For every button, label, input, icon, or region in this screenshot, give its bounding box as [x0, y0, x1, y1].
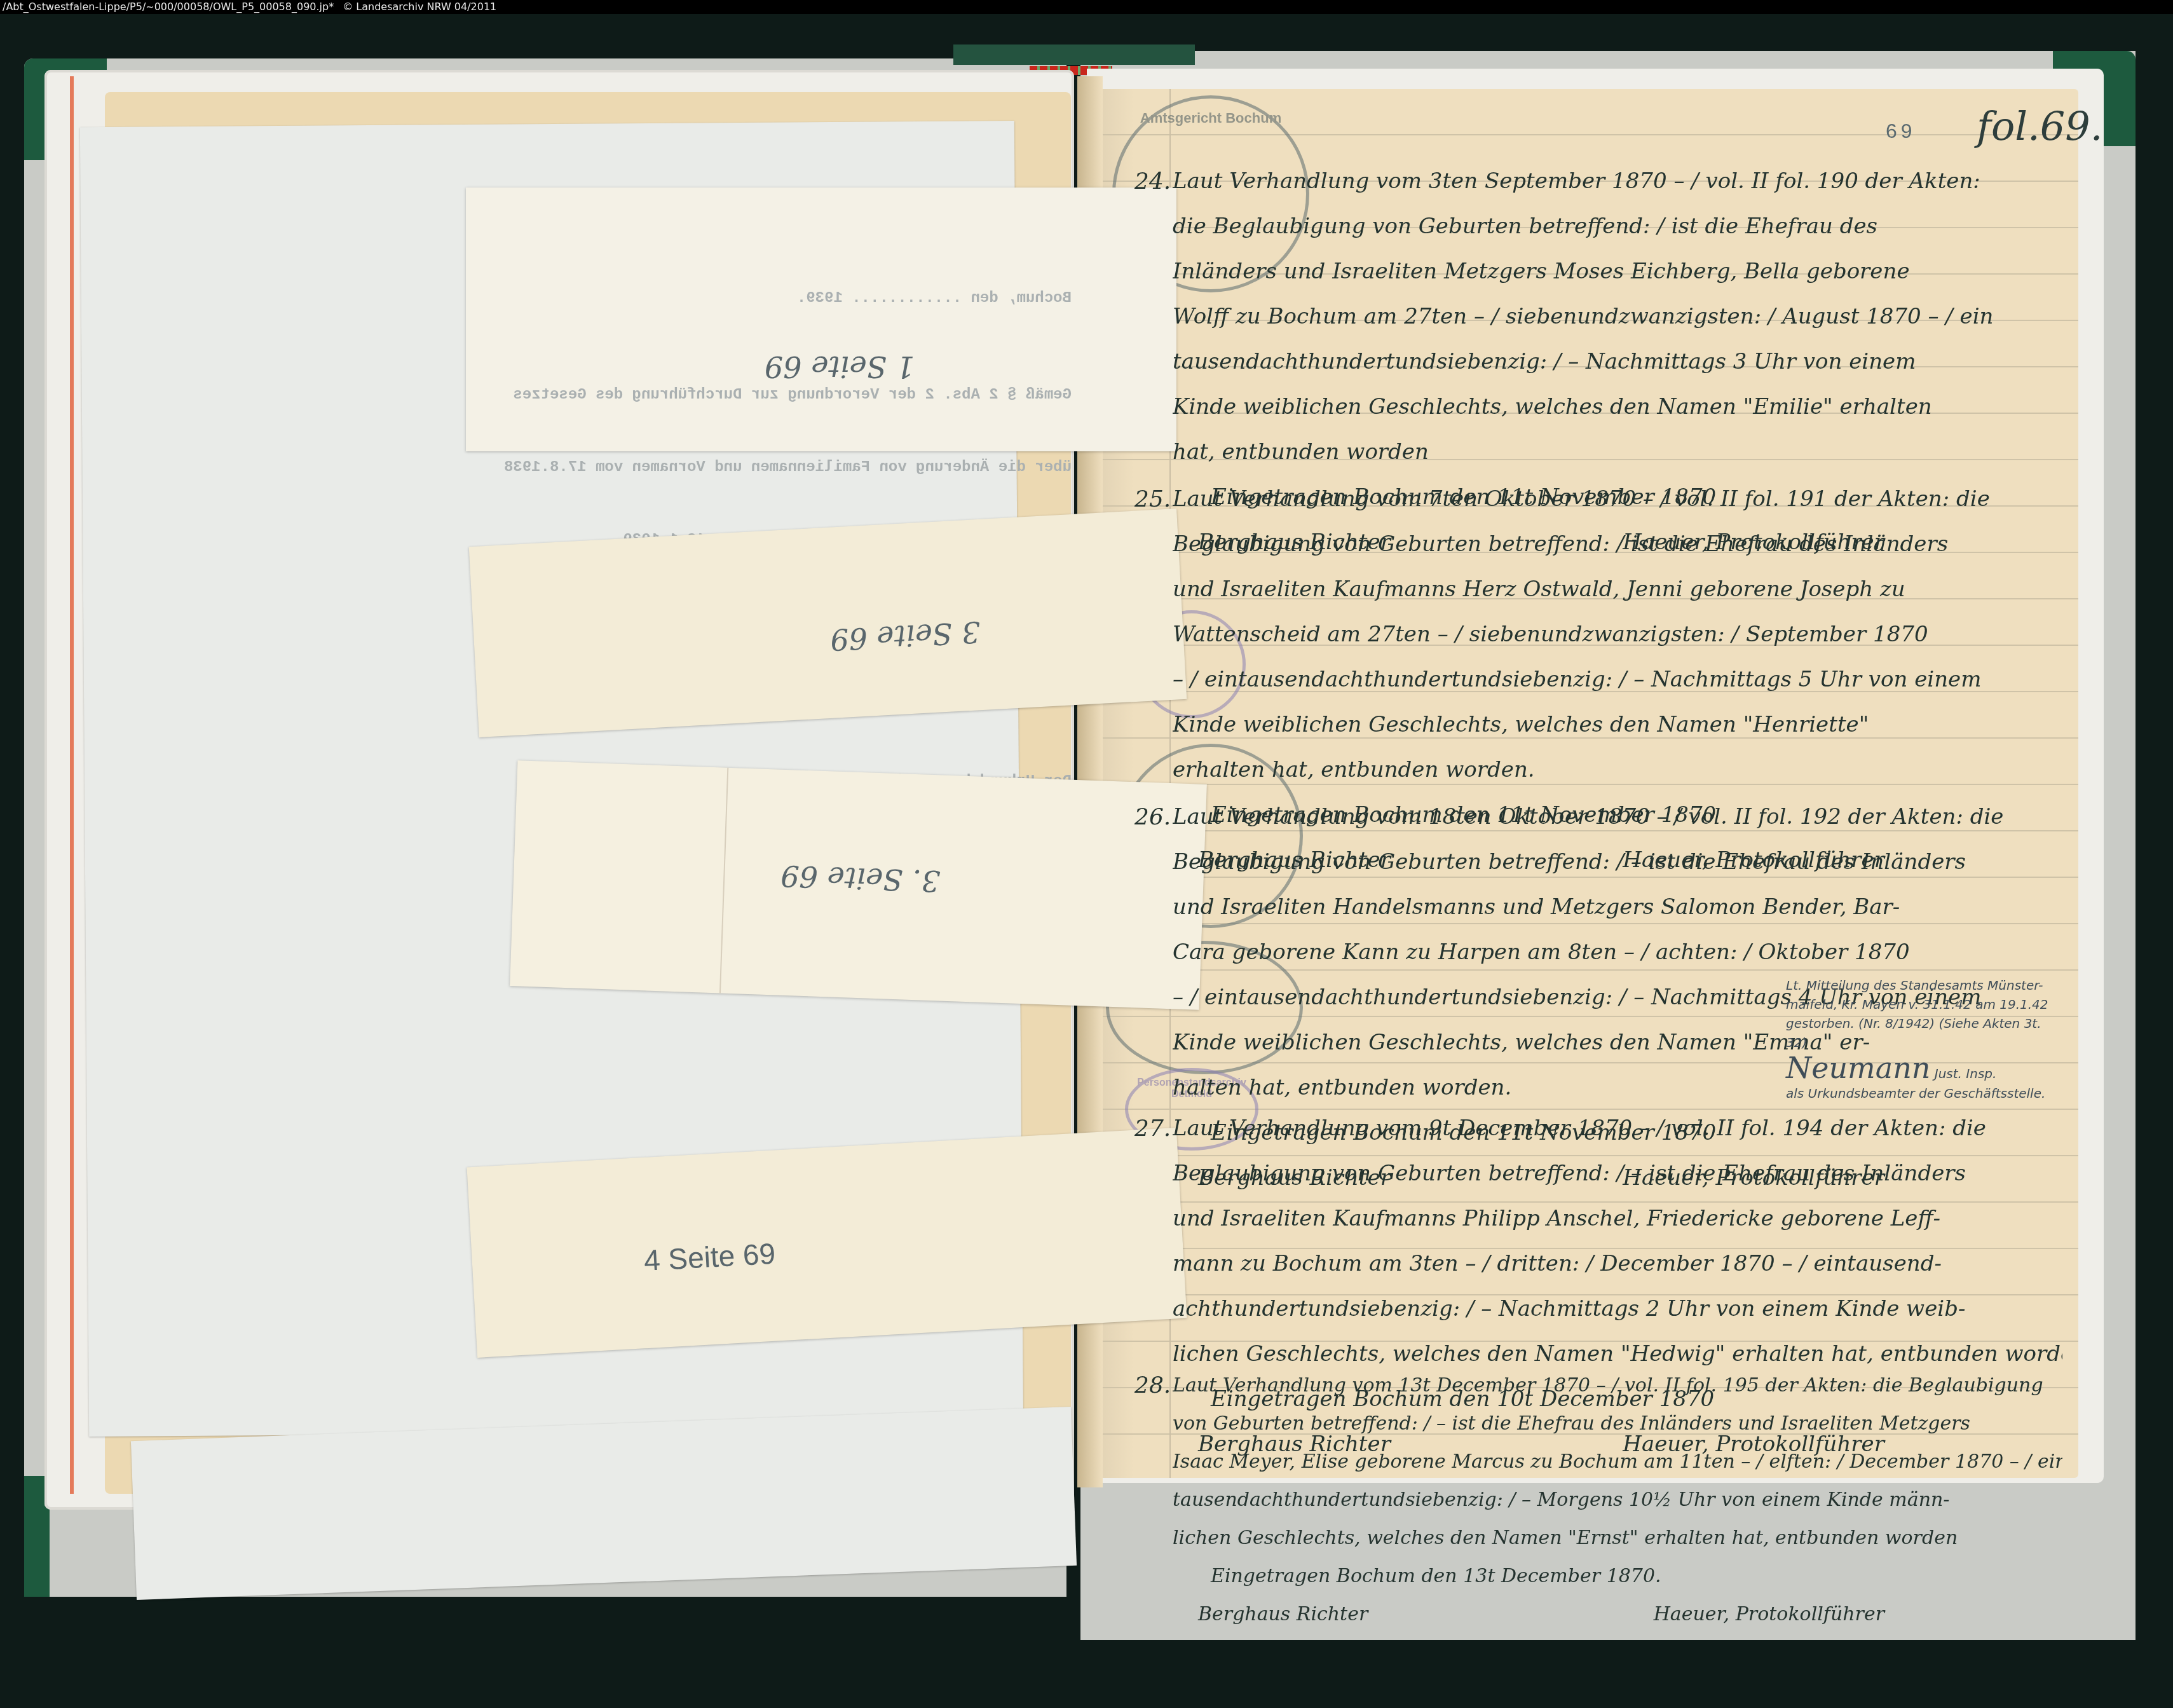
file-path: /Abt_Ostwestfalen-Lippe/P5/~000/00058/OW… — [3, 1, 334, 13]
index-slip-4: 4 Seite 69 — [467, 1128, 1187, 1358]
index-slip-2: 3 Seite 69 — [469, 509, 1187, 737]
margin-annotation: Lt. Mitteilung des Standesamts Münster- … — [1786, 976, 2066, 1103]
folio-number: fol.69. — [1977, 103, 2102, 149]
page-number: 69 — [1886, 120, 1916, 143]
viewer-title-bar: /Abt_Ostwestfalen-Lippe/P5/~000/00058/OW… — [0, 0, 2173, 14]
signatures: Berghaus RichterHaeuer, Protokollführer — [1173, 1595, 2062, 1634]
entry-number: 26. — [1134, 795, 1171, 840]
slip-page-reference: 3 Seite 69 — [829, 615, 981, 657]
register-page: 69 fol.69. 24. Laut Verhandlung vom 3ten… — [1096, 89, 2078, 1478]
copyright-notice: © Landesarchiv NRW 04/2011 — [343, 1, 496, 13]
index-slip-1: Bochum, den ............ 1939. Gemäß § 2… — [466, 188, 1176, 451]
slip-page-reference: 3. Seite 69 — [780, 859, 941, 899]
register-entry: 28. Laut Verhandlung vom 13t December 18… — [1173, 1367, 2062, 1634]
entry-number: 27. — [1134, 1106, 1171, 1151]
official-signature: Neumann — [1786, 1051, 1930, 1085]
slip-page-reference: 1 Seite 69 — [765, 350, 915, 384]
slip-fold-line — [719, 768, 728, 994]
entry-number: 24. — [1134, 159, 1171, 204]
entry-number: 25. — [1134, 477, 1171, 522]
entry-date: Eingetragen Bochum den 13t December 1870… — [1173, 1557, 2062, 1595]
book-spine — [953, 44, 1195, 65]
slip-page-reference: 4 Seite 69 — [643, 1236, 777, 1278]
entry-number: 28. — [1134, 1367, 1171, 1405]
red-edge — [70, 76, 74, 1494]
